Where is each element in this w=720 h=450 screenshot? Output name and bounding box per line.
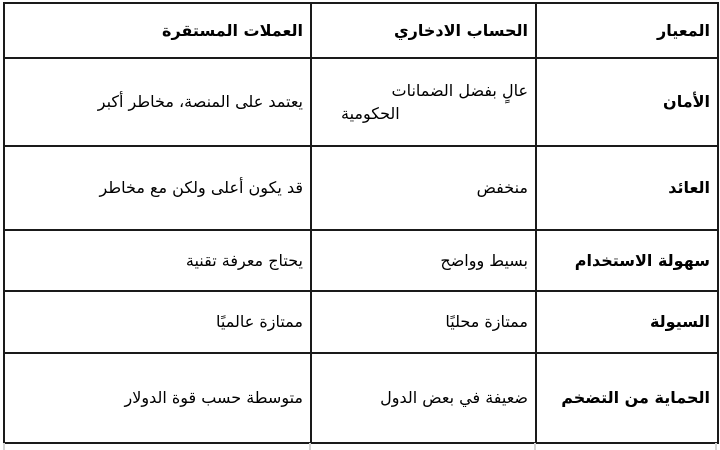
table-edge-stub	[715, 443, 717, 450]
table-row-security: الأمان عالٍ بفضل الضمانات الحكومية يعتمد…	[4, 58, 718, 146]
cell-ease-of-use-savings: بسيط وواضح	[311, 230, 536, 291]
cell-inflation-protection-savings: ضعيفة في بعض الدول	[311, 353, 536, 443]
cell-security-stablecoins: يعتمد على المنصة، مخاطر أكبر	[4, 58, 311, 146]
table-row-inflation-protection: الحماية من التضخم ضعيفة في بعض الدول متو…	[4, 353, 718, 443]
table-edge-stub	[309, 443, 311, 450]
comparison-table: المعيار الحساب الادخاري العملات المستقرة…	[3, 2, 719, 444]
cell-yield-criterion: العائد	[536, 146, 718, 230]
table-edge-stub	[534, 443, 536, 450]
cell-security-criterion: الأمان	[536, 58, 718, 146]
table-row-ease-of-use: سهولة الاستخدام بسيط وواضح يحتاج معرفة ت…	[4, 230, 718, 291]
cell-security-savings-line2: الحكومية	[319, 102, 528, 125]
cell-ease-of-use-stablecoins: يحتاج معرفة تقنية	[4, 230, 311, 291]
table-edge-stub	[3, 443, 5, 450]
cell-liquidity-stablecoins: ممتازة عالميًا	[4, 291, 311, 353]
table-row-yield: العائد منخفض قد يكون أعلى ولكن مع مخاطر	[4, 146, 718, 230]
cell-liquidity-savings: ممتازة محليًا	[311, 291, 536, 353]
header-cell-savings-account: الحساب الادخاري	[311, 3, 536, 58]
table-header-row: المعيار الحساب الادخاري العملات المستقرة	[4, 3, 718, 58]
table-row-liquidity: السيولة ممتازة محليًا ممتازة عالميًا	[4, 291, 718, 353]
cell-inflation-protection-criterion: الحماية من التضخم	[536, 353, 718, 443]
cell-liquidity-criterion: السيولة	[536, 291, 718, 353]
cell-security-savings-line1: عالٍ بفضل الضمانات	[319, 79, 528, 102]
cell-ease-of-use-criterion: سهولة الاستخدام	[536, 230, 718, 291]
header-cell-criterion: المعيار	[536, 3, 718, 58]
cell-inflation-protection-stablecoins: متوسطة حسب قوة الدولار	[4, 353, 311, 443]
cell-yield-stablecoins: قد يكون أعلى ولكن مع مخاطر	[4, 146, 311, 230]
cell-yield-savings: منخفض	[311, 146, 536, 230]
cell-security-savings: عالٍ بفضل الضمانات الحكومية	[311, 58, 536, 146]
header-cell-stablecoins: العملات المستقرة	[4, 3, 311, 58]
